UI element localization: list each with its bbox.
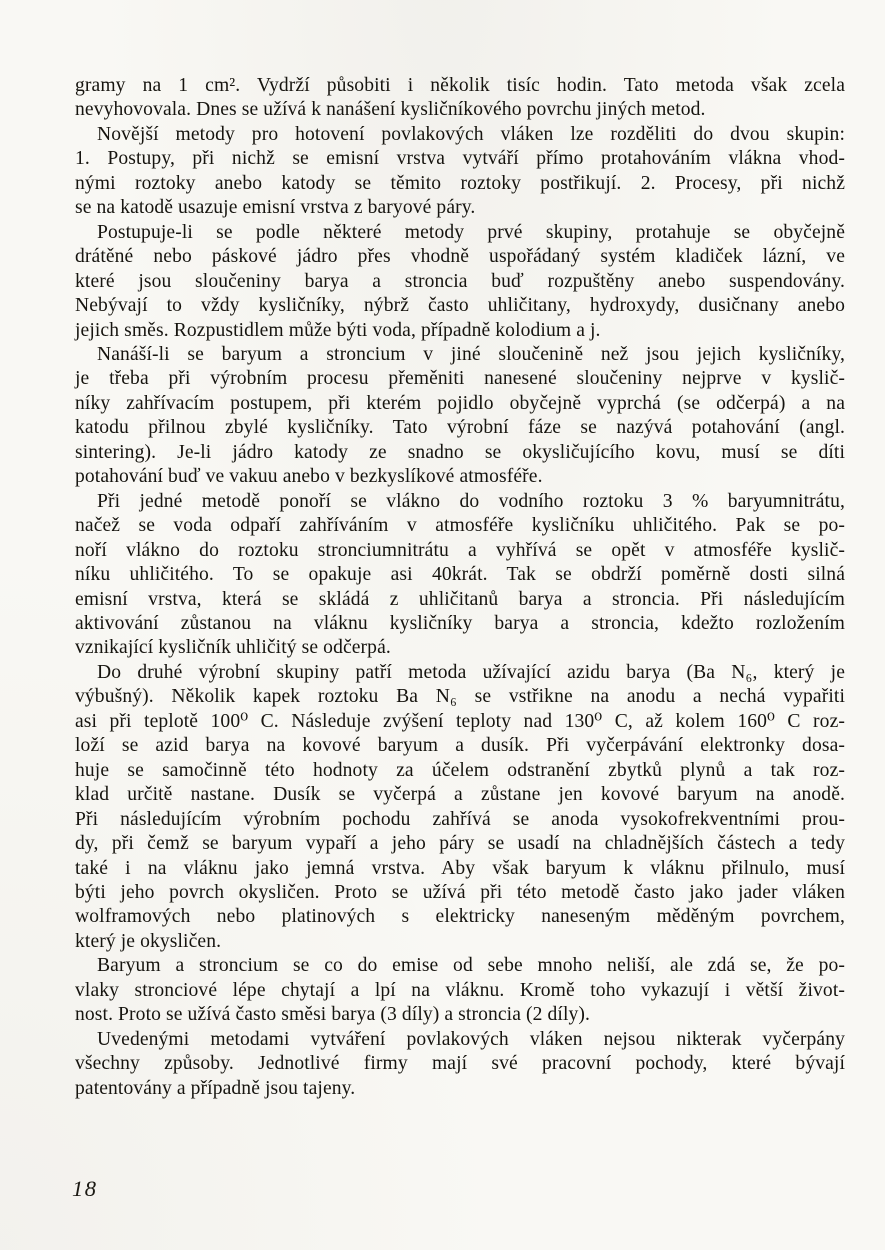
text-line: Novější metody pro hotovení povlakových … [75, 123, 845, 147]
text-line: emisní vrstva, která se skládá z uhličit… [75, 588, 845, 612]
scanned-book-page: gramy na 1 cm². Vydrží působiti i několi… [0, 0, 885, 1250]
paragraph: Uvedenými metodami vytváření povlakových… [75, 1028, 845, 1101]
text-line: načež se voda odpaří zahříváním v atmosf… [75, 514, 845, 538]
paragraph: Při jedné metodě ponoří se vlákno do vod… [75, 490, 845, 661]
text-line: které jsou sloučeniny barya a stroncia b… [75, 270, 845, 294]
paragraph: Postupuje-li se podle některé metody prv… [75, 221, 845, 343]
paragraph: Nanáší-li se baryum a stroncium v jiné s… [75, 343, 845, 490]
text-line: Postupuje-li se podle některé metody prv… [75, 221, 845, 245]
paragraph: Baryum a stroncium se co do emise od seb… [75, 954, 845, 1027]
page-text: gramy na 1 cm². Vydrží působiti i několi… [75, 74, 845, 1101]
text-line: aktivování zůstanou na vláknu kysličníky… [75, 612, 845, 636]
text-line: 1. Postupy, při nichž se emisní vrstva v… [75, 147, 845, 171]
text-line: asi při teplotě 100⁰ C. Následuje zvýšen… [75, 710, 845, 734]
text-line: potahování buď ve vakuu anebo v bezkyslí… [75, 465, 845, 489]
text-line: gramy na 1 cm². Vydrží působiti i několi… [75, 74, 845, 98]
text-line: loží se azid barya na kovové baryum a du… [75, 734, 845, 758]
text-line: huje se samočinně této hodnoty za účelem… [75, 759, 845, 783]
text-line: dy, při čemž se baryum vypaří a jeho pár… [75, 832, 845, 856]
text-line: Nebývají to vždy kysličníky, nýbrž často… [75, 294, 845, 318]
paragraph: Novější metody pro hotovení povlakových … [75, 123, 845, 221]
text-line: Uvedenými metodami vytváření povlakových… [75, 1028, 845, 1052]
text-line: se na katodě usazuje emisní vrstva z bar… [75, 196, 845, 220]
text-line: je třeba při výrobním procesu přeměniti … [75, 367, 845, 391]
text-line: wolframových nebo platinových s elektric… [75, 905, 845, 929]
text-line: výbušný). Několik kapek roztoku Ba N₆ se… [75, 685, 845, 709]
text-line: sintering). Je-li jádro katody ze snadno… [75, 441, 845, 465]
text-line: nost. Proto se užívá často směsi barya (… [75, 1003, 845, 1027]
text-line: vlaky stronciové lépe chytají a lpí na v… [75, 979, 845, 1003]
text-line: drátěné nebo páskové jádro přes vhodně u… [75, 245, 845, 269]
text-line: níky zahřívacím postupem, při kterém poj… [75, 392, 845, 416]
page-number: 18 [72, 1176, 98, 1202]
paragraph: gramy na 1 cm². Vydrží působiti i několi… [75, 74, 845, 123]
paragraph: Do druhé výrobní skupiny patří metoda už… [75, 661, 845, 954]
text-line: nevyhovovala. Dnes se užívá k nanášení k… [75, 98, 845, 122]
text-line: nými roztoky anebo katody se těmito rozt… [75, 172, 845, 196]
text-line: Při jedné metodě ponoří se vlákno do vod… [75, 490, 845, 514]
text-line: také i na vláknu jako jemná vrstva. Aby … [75, 857, 845, 881]
text-line: patentovány a případně jsou tajeny. [75, 1077, 845, 1101]
text-line: býti jeho povrch okysličen. Proto se uží… [75, 881, 845, 905]
text-line: noří vlákno do roztoku stronciumnitrátu … [75, 539, 845, 563]
text-line: katodu přilnou zbylé kysličníky. Tato vý… [75, 416, 845, 440]
text-line: vznikající kysličník uhličitý se odčerpá… [75, 636, 845, 660]
text-line: Do druhé výrobní skupiny patří metoda už… [75, 661, 845, 685]
text-line: jejich směs. Rozpustidlem může býti voda… [75, 319, 845, 343]
text-line: Při následujícím výrobním pochodu zahřív… [75, 808, 845, 832]
text-line: Nanáší-li se baryum a stroncium v jiné s… [75, 343, 845, 367]
text-line: Baryum a stroncium se co do emise od seb… [75, 954, 845, 978]
text-line: níku uhličitého. To se opakuje asi 40krá… [75, 563, 845, 587]
text-line: který je okysličen. [75, 930, 845, 954]
text-line: klad určitě nastane. Dusík se vyčerpá a … [75, 783, 845, 807]
text-line: všechny způsoby. Jednotlivé firmy mají s… [75, 1052, 845, 1076]
